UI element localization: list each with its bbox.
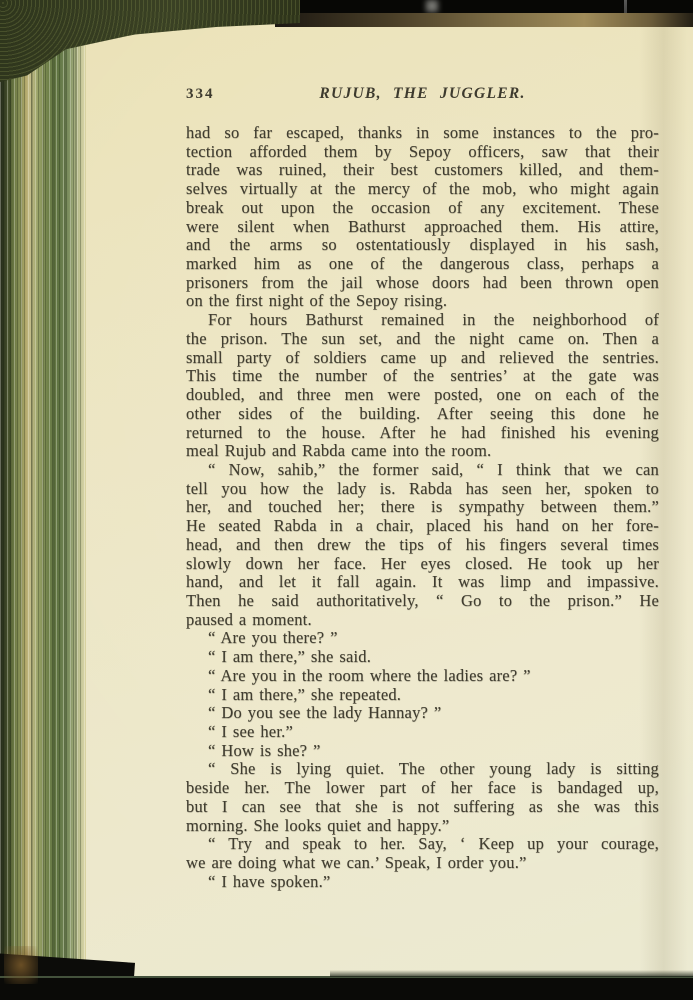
text-line: her, and touched her; there is sympathy … (186, 498, 659, 517)
paragraph: “ I see her.” (186, 723, 659, 742)
text-line: but I can see that she is not suffering … (186, 798, 659, 817)
running-title: RUJUB, THE JUGGLER. (186, 85, 659, 103)
table-surface (0, 976, 693, 1000)
text-line: the prison. The sun set, and the night c… (186, 330, 659, 349)
text-line: returned to the house. After he had fini… (186, 424, 659, 443)
text-line: small party of soldiers came up and reli… (186, 349, 659, 368)
text-line: selves virtually at the mercy of the mob… (186, 180, 659, 199)
text-line: morning. She looks quiet and happy.” (186, 817, 659, 836)
paragraph: “ Try and speak to her. Say, ‘ Keep up y… (186, 835, 659, 872)
text-line: “ Are you there? ” (186, 629, 659, 648)
paragraph: “ Now, sahib,” the former said, “ I thin… (186, 461, 659, 629)
text-line: tell you how the lady is. Rabda has seen… (186, 480, 659, 499)
paragraph: “ I have spoken.” (186, 873, 659, 892)
text-line: prisoners from the jail whose doors had … (186, 274, 659, 293)
text-block: 334 RUJUB, THE JUGGLER. had so far escap… (186, 85, 659, 891)
background-smudge (426, 0, 438, 12)
text-line: slowly down her face. Her eyes closed. H… (186, 555, 659, 574)
text-line: hand, and let it fall again. It was limp… (186, 573, 659, 592)
text-line: beside her. The lower part of her face i… (186, 779, 659, 798)
text-line: “ I see her.” (186, 723, 659, 742)
paragraph: “ I am there,” she repeated. (186, 686, 659, 705)
paragraph: “ Are you in the room where the ladies a… (186, 667, 659, 686)
page-number: 334 (186, 86, 215, 103)
text-line: were silent when Bathurst approached the… (186, 218, 659, 237)
text-line: “ Now, sahib,” the former said, “ I thin… (186, 461, 659, 480)
text-line: trade was ruined, their best customers k… (186, 161, 659, 180)
text-line: paused a moment. (186, 611, 659, 630)
text-line: “ I have spoken.” (186, 873, 659, 892)
paragraph: “ I am there,” she said. (186, 648, 659, 667)
paragraph: “ Do you see the lady Hannay? ” (186, 704, 659, 723)
paragraph: had so far escaped, thanks in some insta… (186, 124, 659, 311)
text-line: “ I am there,” she said. (186, 648, 659, 667)
text-line: “ Do you see the lady Hannay? ” (186, 704, 659, 723)
paragraph: “ How is she? ” (186, 742, 659, 761)
page-body: had so far escaped, thanks in some insta… (186, 124, 659, 891)
text-line: “ How is she? ” (186, 742, 659, 761)
paragraph: For hours Bathurst remained in the neigh… (186, 311, 659, 461)
text-line: had so far escaped, thanks in some insta… (186, 124, 659, 143)
text-line: tection afforded them by Sepoy officers,… (186, 143, 659, 162)
text-line: “ I am there,” she repeated. (186, 686, 659, 705)
text-line: other sides of the building. After seein… (186, 405, 659, 424)
text-line: on the first night of the Sepoy rising. (186, 292, 659, 311)
text-line: marked him as one of the dangerous class… (186, 255, 659, 274)
text-line: break out upon the occasion of any excit… (186, 199, 659, 218)
text-line: we are doing what we can.’ Speak, I orde… (186, 854, 659, 873)
page-edge-stack (0, 15, 86, 981)
page-block-top-edge (275, 13, 693, 27)
text-line: “ Are you in the room where the ladies a… (186, 667, 659, 686)
text-line: “ Try and speak to her. Say, ‘ Keep up y… (186, 835, 659, 854)
text-line: meal Rujub and Rabda came into the room. (186, 442, 659, 461)
text-line: “ She is lying quiet. The other young la… (186, 760, 659, 779)
paragraph: “ She is lying quiet. The other young la… (186, 760, 659, 835)
text-line: For hours Bathurst remained in the neigh… (186, 311, 659, 330)
book-page: 334 RUJUB, THE JUGGLER. had so far escap… (85, 17, 693, 978)
text-line: head, and then drew the tips of his fing… (186, 536, 659, 555)
paragraph: “ Are you there? ” (186, 629, 659, 648)
bottom-left-stain (4, 946, 38, 984)
text-line: This time the number of the sentries’ at… (186, 367, 659, 386)
text-line: doubled, and three men were posted, one … (186, 386, 659, 405)
page-header: 334 RUJUB, THE JUGGLER. (186, 85, 659, 107)
text-line: and the arms so ostentatiously displayed… (186, 236, 659, 255)
text-line: Then he said authoritatively, “ Go to th… (186, 592, 659, 611)
book-scan-photo: 334 RUJUB, THE JUGGLER. had so far escap… (0, 0, 693, 1000)
text-line: He seated Rabda in a chair, placed his h… (186, 517, 659, 536)
